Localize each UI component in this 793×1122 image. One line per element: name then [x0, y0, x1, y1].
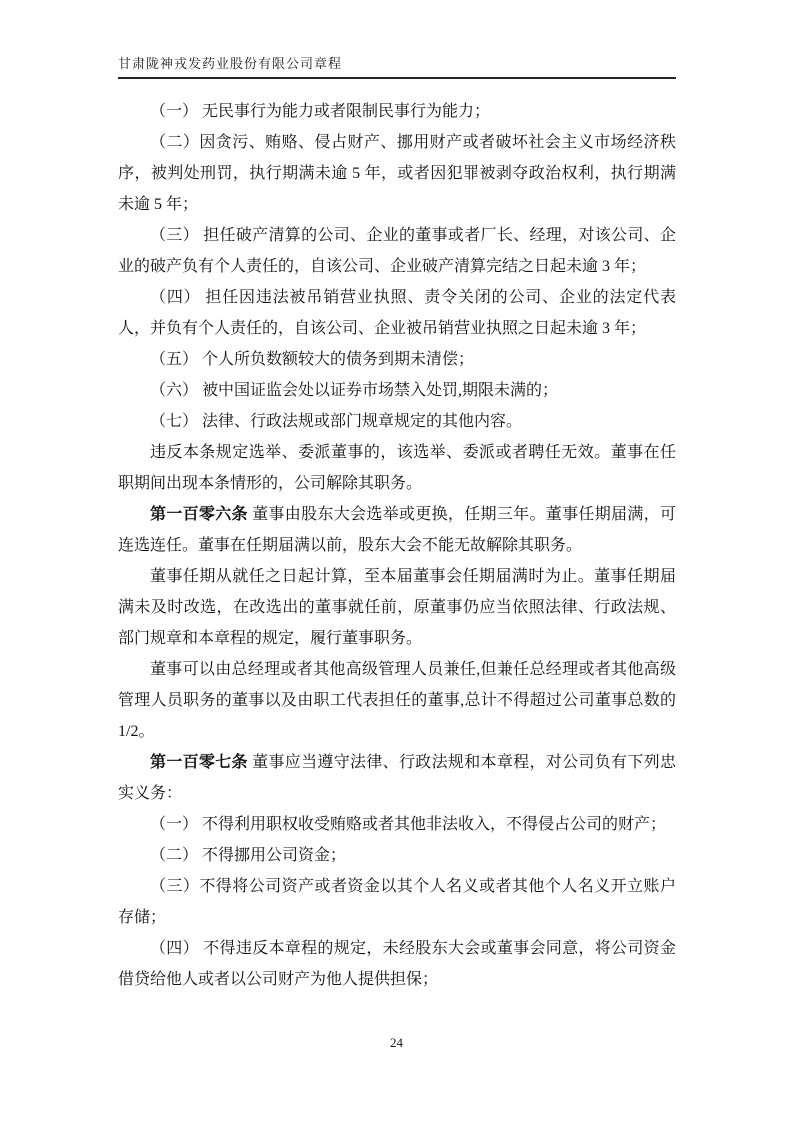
body-paragraph: （七） 法律、行政法规或部门规章规定的其他内容。 — [118, 406, 676, 437]
body-paragraph: 董事可以由总经理或者其他高级管理人员兼任,但兼任总经理或者其他高级管理人员职务的… — [118, 654, 676, 747]
page-header: 甘肃陇神戎发药业股份有限公司章程 — [118, 53, 676, 79]
page-footer: 24 — [0, 1035, 793, 1051]
body-paragraph: 第一百零七条 董事应当遵守法律、行政法规和本章程，对公司负有下列忠实义务： — [118, 747, 676, 809]
body-paragraph: 违反本条规定选举、委派董事的，该选举、委派或者聘任无效。董事在任职期间出现本条情… — [118, 437, 676, 499]
body-paragraph: （六） 被中国证监会处以证券市场禁入处罚,期限未满的； — [118, 375, 676, 406]
body-paragraph: （二）因贪污、贿赂、侵占财产、挪用财产或者破坏社会主义市场经济秩序，被判处刑罚，… — [118, 127, 676, 220]
page-number: 24 — [390, 1035, 403, 1050]
header-title: 甘肃陇神戎发药业股份有限公司章程 — [118, 56, 342, 71]
article-number: 第一百零六条 — [150, 506, 248, 523]
body-paragraph: （三） 担任破产清算的公司、企业的董事或者厂长、经理，对该公司、企业的破产负有个… — [118, 220, 676, 282]
body-paragraph: （一） 无民事行为能力或者限制民事行为能力； — [118, 96, 676, 127]
document-body: （一） 无民事行为能力或者限制民事行为能力；（二）因贪污、贿赂、侵占财产、挪用财… — [118, 96, 676, 995]
article-number: 第一百零七条 — [150, 754, 248, 771]
body-paragraph: （五） 个人所负数额较大的债务到期未清偿； — [118, 344, 676, 375]
body-paragraph: （四） 不得违反本章程的规定，未经股东大会或董事会同意，将公司资金借贷给他人或者… — [118, 933, 676, 995]
body-paragraph: 董事任期从就任之日起计算，至本届董事会任期届满时为止。董事任期届满未及时改选，在… — [118, 561, 676, 654]
body-paragraph: （四） 担任因违法被吊销营业执照、责令关闭的公司、企业的法定代表人，并负有个人责… — [118, 282, 676, 344]
body-paragraph: 第一百零六条 董事由股东大会选举或更换，任期三年。董事任期届满，可连选连任。董事… — [118, 499, 676, 561]
document-page: { "document": { "header_title": "甘肃陇神戎发药… — [0, 0, 793, 1122]
body-paragraph: （一） 不得利用职权收受贿赂或者其他非法收入，不得侵占公司的财产； — [118, 809, 676, 840]
body-paragraph: （二） 不得挪用公司资金； — [118, 840, 676, 871]
body-paragraph: （三）不得将公司资产或者资金以其个人名义或者其他个人名义开立账户存储； — [118, 871, 676, 933]
